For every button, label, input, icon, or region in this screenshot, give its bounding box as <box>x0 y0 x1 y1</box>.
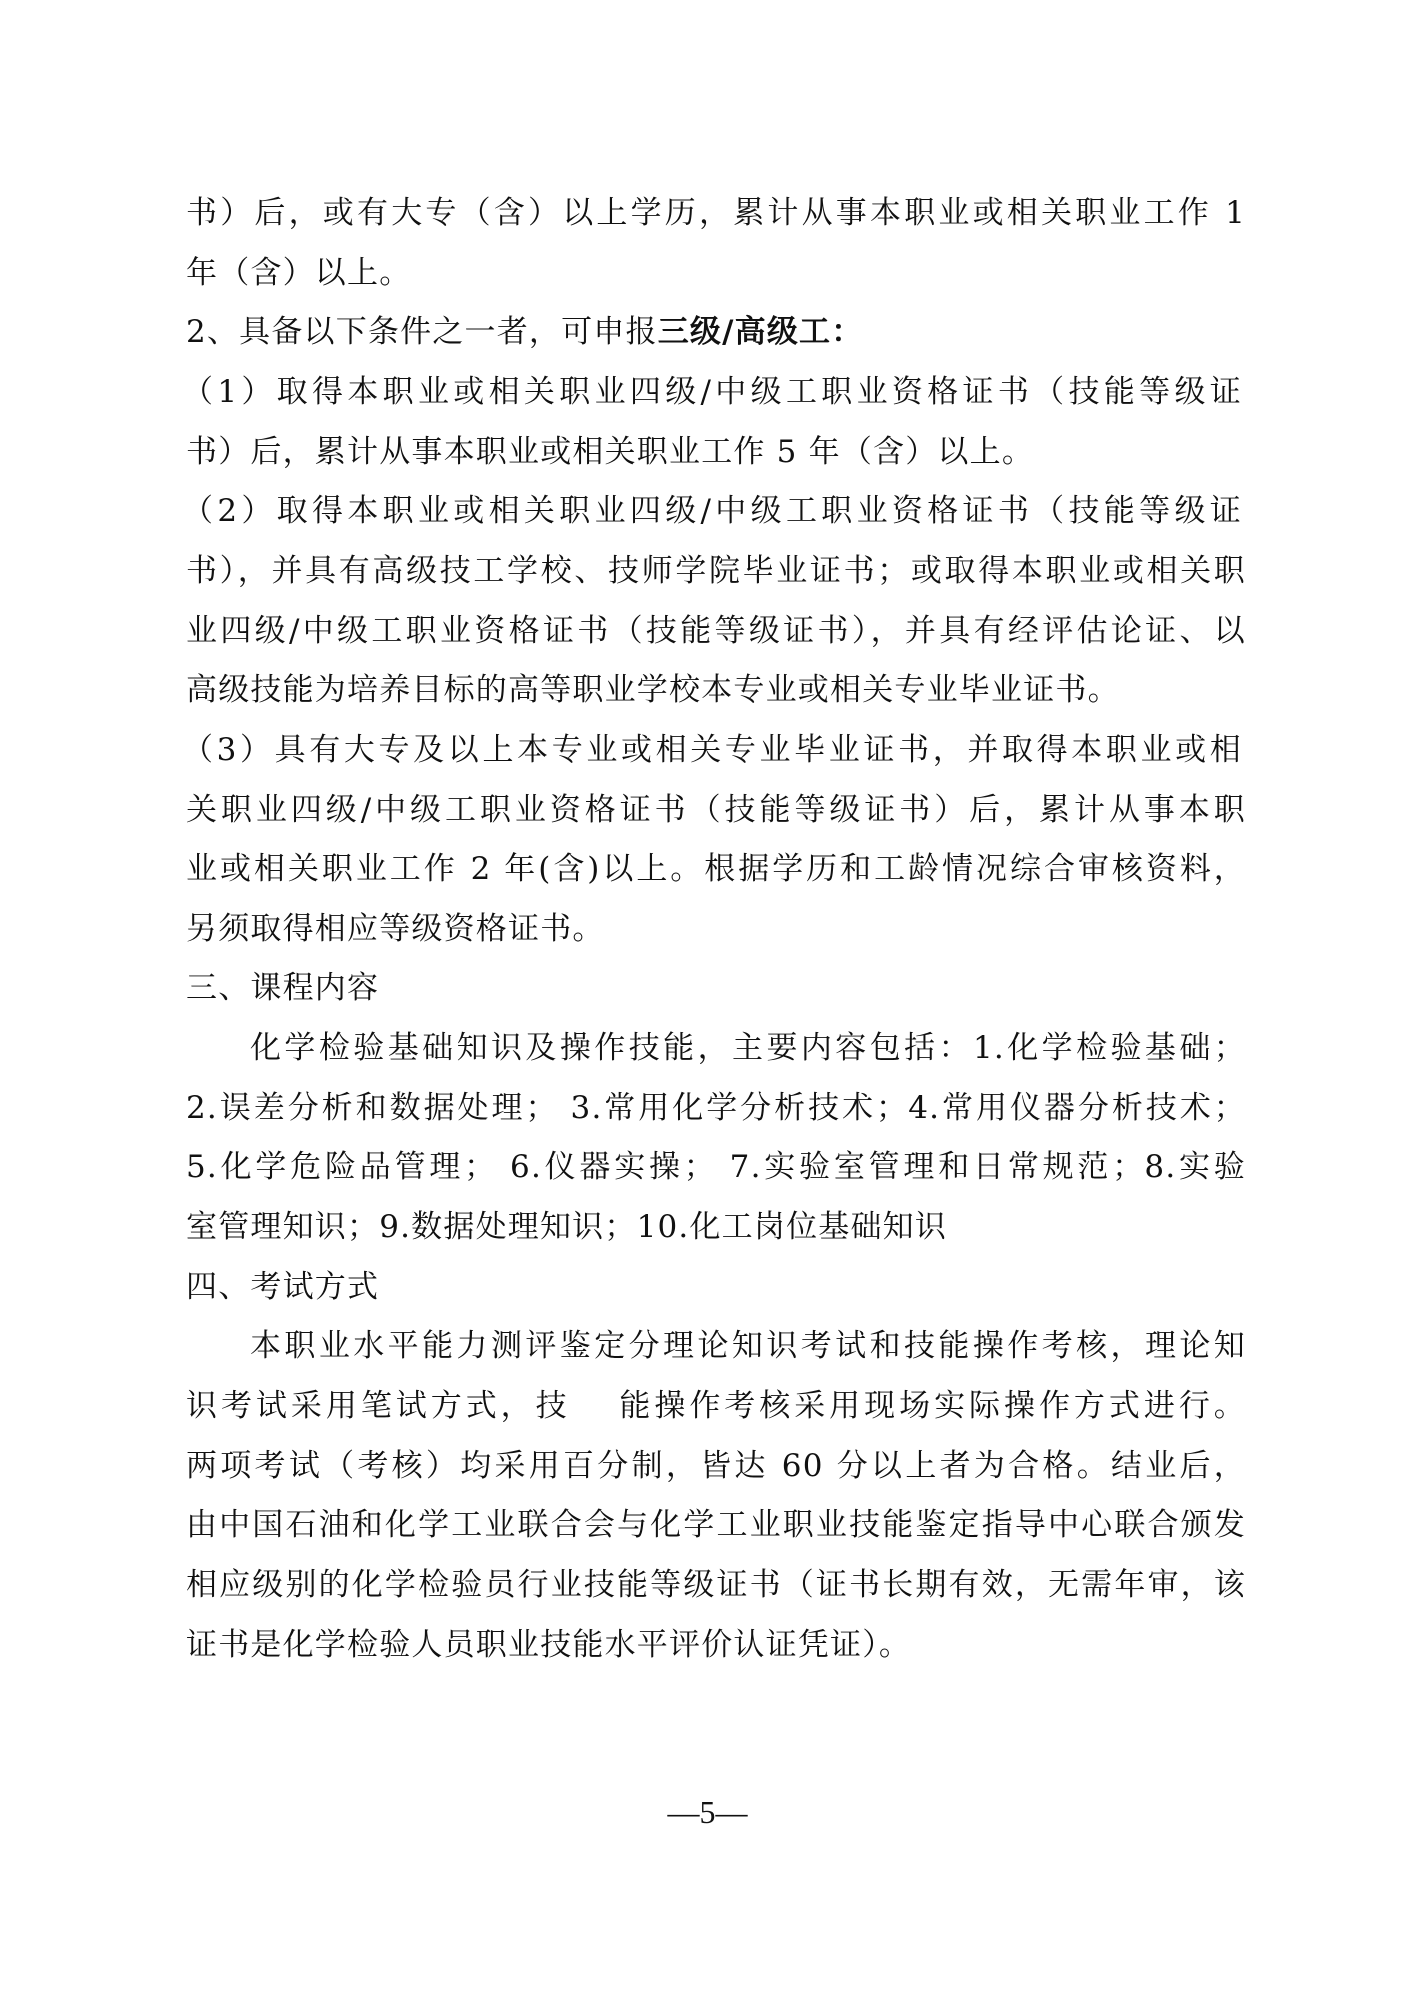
condition-1-line: 书）后，累计从事本职业或相关职业工作 5 年（含）以上。 <box>186 432 1246 472</box>
document-page: 书）后，或有大专（含）以上学历，累计从事本职业或相关职业工作 1 年（含）以上。… <box>0 0 1415 2000</box>
exam-method-line: 证书是化学检验人员职业技能水平评价认证凭证）。 <box>186 1625 1246 1665</box>
text-line: 书）后，或有大专（含）以上学历，累计从事本职业或相关职业工作 1 <box>186 193 1246 233</box>
condition-2-line: 书），并具有高级技工学校、技师学院毕业证书；或取得本职业或相关职 <box>186 551 1246 591</box>
page-number: —5— <box>0 1792 1415 1832</box>
condition-2-line: 业四级/中级工职业资格证书（技能等级证书），并具有经评估论证、以 <box>186 611 1246 651</box>
course-content-line: 化学检验基础知识及操作技能，主要内容包括：1.化学检验基础； <box>250 1028 1246 1068</box>
condition-3-line: 另须取得相应等级资格证书。 <box>186 909 1246 949</box>
text-line: 年（含）以上。 <box>186 253 1246 293</box>
exam-method-line: 识考试采用笔试方式，技 能操作考核采用现场实际操作方式进行。 <box>186 1386 1246 1426</box>
condition-3-line: 业或相关职业工作 2 年(含)以上。根据学历和工龄情况综合审核资料， <box>186 849 1246 889</box>
condition-3-line: 关职业四级/中级工职业资格证书（技能等级证书）后，累计从事本职 <box>186 790 1246 830</box>
course-content-line: 5.化学危险品管理； 6.仪器实操； 7.实验室管理和日常规范；8.实验 <box>186 1147 1246 1187</box>
course-content-line: 室管理知识；9.数据处理知识；10.化工岗位基础知识 <box>186 1207 1246 1247</box>
exam-method-line: 相应级别的化学检验员行业技能等级证书（证书长期有效，无需年审，该 <box>186 1565 1246 1605</box>
condition-2-line: 高级技能为培养目标的高等职业学校本专业或相关专业毕业证书。 <box>186 670 1246 710</box>
requirement-heading-text: 2、具备以下条件之一者，可申报 <box>186 314 658 350</box>
condition-3-line: （3）具有大专及以上本专业或相关专业毕业证书，并取得本职业或相 <box>182 730 1242 770</box>
section-heading-course-content: 三、课程内容 <box>186 968 1246 1008</box>
level-highlight: 三级/高级工： <box>658 314 864 350</box>
exam-method-line: 两项考试（考核）均采用百分制，皆达 60 分以上者为合格。结业后， <box>186 1446 1246 1486</box>
requirement-heading: 2、具备以下条件之一者，可申报三级/高级工： <box>186 312 1246 352</box>
section-heading-exam-method: 四、考试方式 <box>186 1267 1246 1307</box>
condition-1-line: （1）取得本职业或相关职业四级/中级工职业资格证书（技能等级证 <box>182 372 1242 412</box>
exam-method-line: 由中国石油和化学工业联合会与化学工业职业技能鉴定指导中心联合颁发 <box>186 1505 1246 1545</box>
course-content-line: 2.误差分析和数据处理； 3.常用化学分析技术；4.常用仪器分析技术； <box>186 1088 1246 1128</box>
exam-method-line: 本职业水平能力测评鉴定分理论知识考试和技能操作考核，理论知 <box>250 1326 1246 1366</box>
condition-2-line: （2）取得本职业或相关职业四级/中级工职业资格证书（技能等级证 <box>182 491 1242 531</box>
